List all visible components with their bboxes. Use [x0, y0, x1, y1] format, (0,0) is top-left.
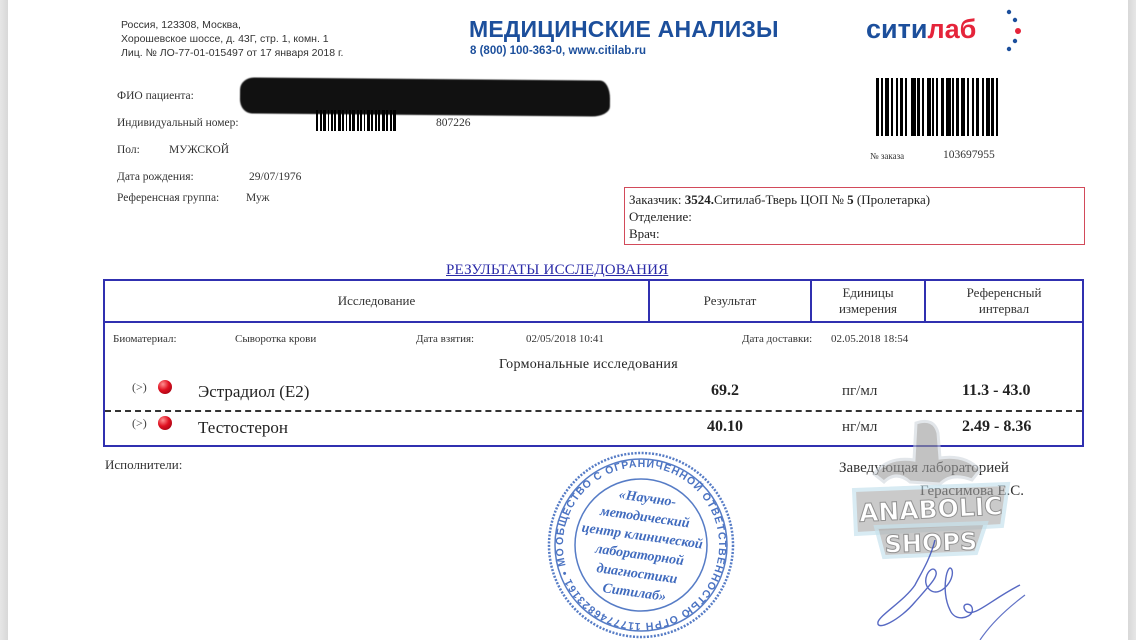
- high-flag: (>): [132, 416, 147, 431]
- customer-line: Заказчик: 3524.Ситилаб-Тверь ЦОП № 5 (Пр…: [629, 191, 1080, 208]
- patient-id-label: Индивидуальный номер:: [117, 117, 239, 129]
- customer-info-box: Заказчик: 3524.Ситилаб-Тверь ЦОП № 5 (Пр…: [624, 187, 1085, 245]
- svg-text:Ситилаб»: Ситилаб»: [602, 581, 667, 605]
- barcode-bar: [393, 110, 396, 131]
- customer-name: Ситилаб-Тверь ЦОП №: [714, 192, 847, 207]
- address-line: Хорошевское шоссе, д. 43Г, стр. 1, комн.…: [121, 32, 343, 46]
- ref-group-value: Муж: [246, 192, 269, 204]
- test-name: Тестостерон: [198, 418, 288, 438]
- biomaterial-label: Биоматериал:: [113, 333, 177, 345]
- logo-text-part2: лаб: [927, 14, 976, 44]
- lab-stamp-icon: ОБЩЕСТВО С ОГРАНИЧЕННОЙ ОТВЕТСТВЕННОСТЬЮ…: [546, 450, 736, 640]
- signature-icon: [860, 540, 1050, 640]
- col-header-result: Результат: [650, 281, 812, 321]
- high-flag: (>): [132, 380, 147, 395]
- col-header-units: Единицы измерения: [812, 281, 926, 321]
- test-reference: 11.3 - 43.0: [962, 382, 1030, 400]
- table-row: (>) Эстрадиол (E2) 69.2 пг/мл 11.3 - 43.…: [105, 378, 1082, 412]
- order-number: 103697955: [943, 149, 995, 161]
- logo-text-part1: сити: [866, 14, 927, 44]
- section-title-text: Гормональные исследования: [499, 357, 678, 372]
- dob-value: 29/07/1976: [249, 171, 301, 183]
- test-name: Эстрадиол (E2): [198, 382, 309, 402]
- test-result: 40.10: [695, 418, 755, 436]
- contact-info: 8 (800) 100-363-0, www.citilab.ru: [470, 45, 646, 57]
- alert-dot-icon: [158, 416, 172, 430]
- alert-dot-icon: [158, 380, 172, 394]
- sex-label: Пол:: [117, 144, 140, 156]
- document-title: МЕДИЦИНСКИЕ АНАЛИЗЫ: [469, 16, 779, 43]
- results-title: РЕЗУЛЬТАТЫ ИССЛЕДОВАНИЯ: [446, 262, 668, 279]
- sex-value: МУЖСКОЙ: [169, 144, 229, 156]
- delivery-date-label: Дата доставки:: [742, 333, 812, 345]
- test-unit: пг/мл: [842, 383, 877, 400]
- delivery-date-value: 02.05.2018 18:54: [831, 333, 908, 345]
- license-line: Лиц. № ЛО-77-01-015497 от 17 января 2018…: [121, 46, 343, 60]
- row-divider: [105, 410, 1082, 412]
- citilab-logo: ситилаб: [866, 14, 976, 45]
- test-result: 69.2: [695, 382, 755, 400]
- patient-barcode: [316, 110, 396, 131]
- patient-id-value: 807226: [436, 117, 471, 129]
- barcode-bar: [996, 78, 998, 136]
- order-barcode: [876, 78, 998, 136]
- lab-address: Россия, 123308, Москва, Хорошевское шосс…: [121, 18, 343, 60]
- redaction-mark: [240, 77, 610, 116]
- doctor-label: Врач:: [629, 225, 1080, 242]
- dob-label: Дата рождения:: [117, 171, 194, 183]
- customer-code: 3524.: [685, 192, 714, 207]
- order-number-label: № заказа: [870, 151, 904, 161]
- table-header: Исследование Результат Единицы измерения…: [105, 281, 1082, 323]
- customer-label: Заказчик:: [629, 192, 681, 207]
- performers-label: Исполнители:: [105, 457, 182, 473]
- section-title: Гормональные исследования: [105, 357, 1082, 373]
- customer-suffix: (Пролетарка): [854, 192, 930, 207]
- taken-date-value: 02/05/2018 10:41: [526, 333, 604, 345]
- col-header-test: Исследование: [105, 281, 650, 321]
- address-line: Россия, 123308, Москва,: [121, 18, 343, 32]
- page-edge-right: [1128, 0, 1136, 640]
- ref-group-label: Референсная группа:: [117, 192, 219, 204]
- biomaterial-value: Сыворотка крови: [235, 333, 316, 345]
- department-label: Отделение:: [629, 208, 1080, 225]
- logo-dots-icon: [1000, 8, 1022, 54]
- page-edge-left: [0, 0, 8, 640]
- col-header-reference: Референсный интервал: [926, 281, 1082, 321]
- taken-date-label: Дата взятия:: [416, 333, 474, 345]
- patient-name-label: ФИО пациента:: [117, 90, 194, 102]
